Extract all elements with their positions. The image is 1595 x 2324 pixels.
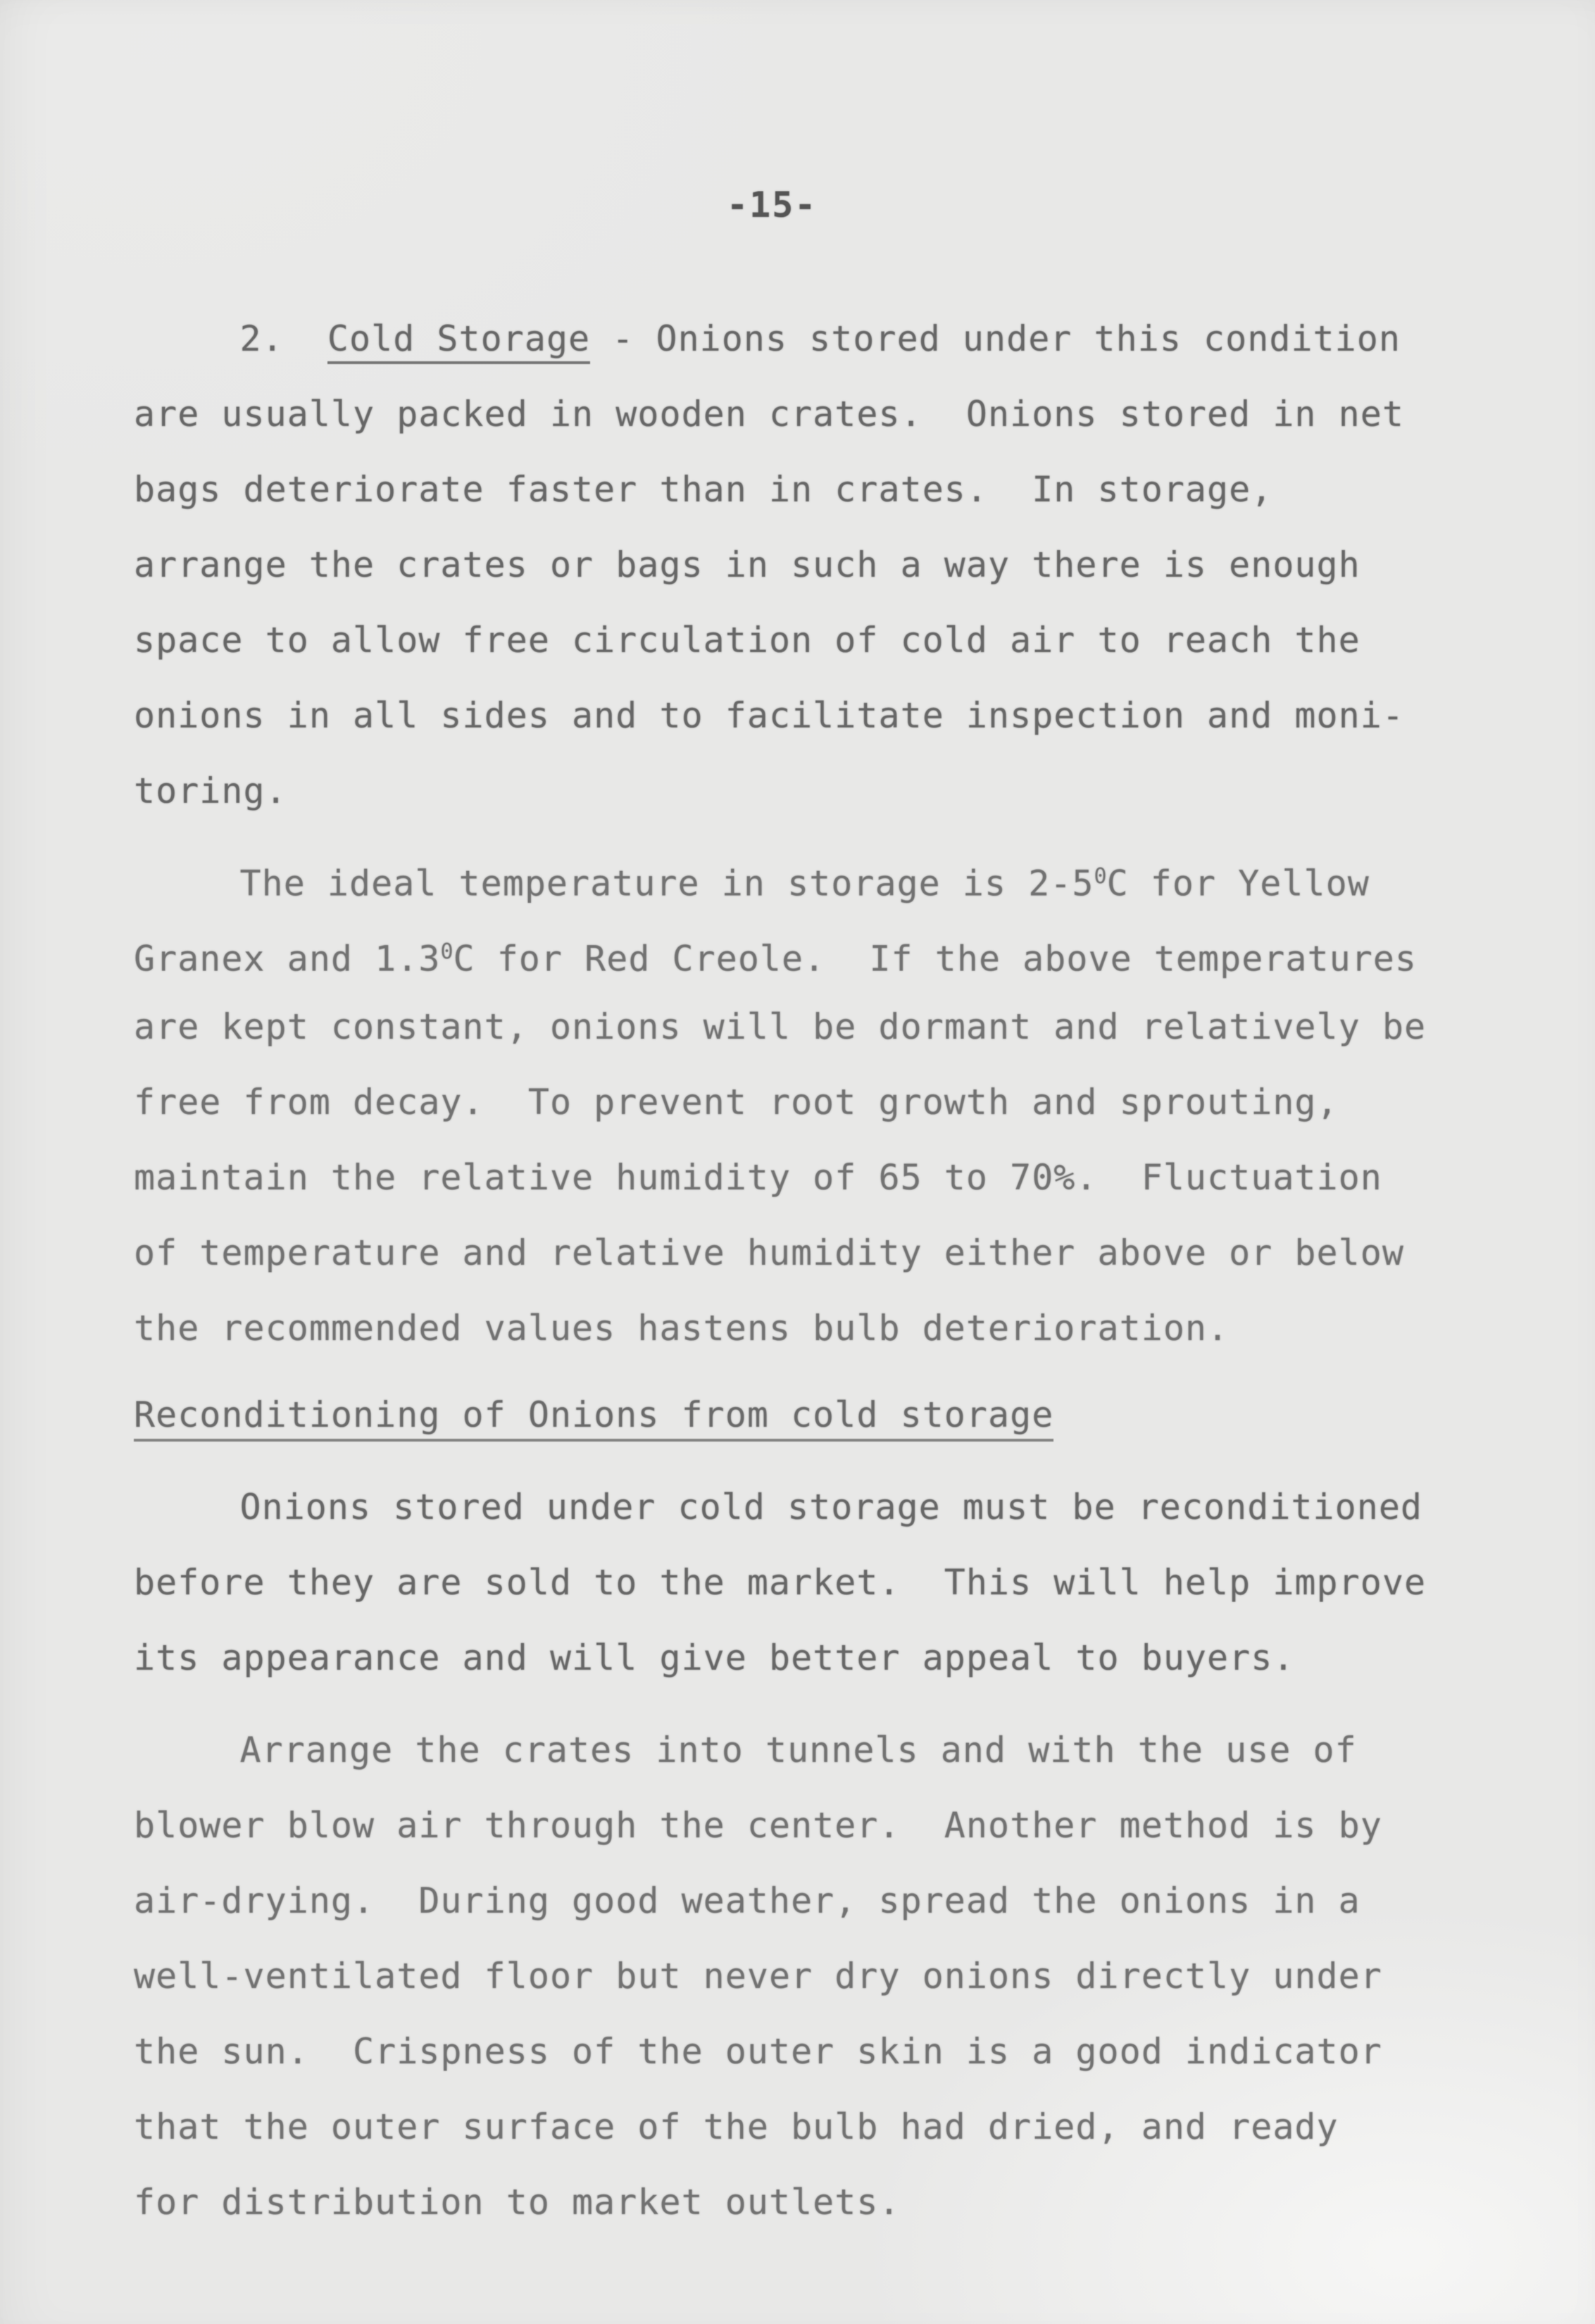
text-line: are kept constant, onions will be dorman… xyxy=(134,989,1493,1065)
text-line: 2. Cold Storage - Onions stored under th… xyxy=(134,301,1493,377)
text-line: are usually packed in wooden crates. Oni… xyxy=(134,377,1493,452)
text-segment: The ideal temperature in storage is 2-5 xyxy=(240,863,1094,904)
text-line: Granex and 1.30C for Red Creole. If the … xyxy=(134,914,1493,989)
section-heading-reconditioning: Reconditioning of Onions from cold stora… xyxy=(134,1377,1493,1453)
list-item-number: 2. xyxy=(240,318,327,359)
paragraph-ideal-temperature: The ideal temperature in storage is 2-50… xyxy=(134,839,1493,1366)
text-line: free from decay. To prevent root growth … xyxy=(134,1065,1493,1140)
text-segment: C for Red Creole. If the above temperatu… xyxy=(454,939,1418,980)
text-line: onions in all sides and to facilitate in… xyxy=(134,678,1493,754)
text-line: that the outer surface of the bulb had d… xyxy=(134,2089,1493,2165)
superscript-degree: 0 xyxy=(440,939,453,964)
text-line: for distribution to market outlets. xyxy=(134,2165,1493,2240)
text-line: Onions stored under cold storage must be… xyxy=(134,1470,1493,1545)
document-body: 2. Cold Storage - Onions stored under th… xyxy=(134,301,1493,2240)
text-line: arrange the crates or bags in such a way… xyxy=(134,527,1493,603)
text-line: Arrange the crates into tunnels and with… xyxy=(134,1713,1493,1788)
paragraph-reconditioning-intro: Onions stored under cold storage must be… xyxy=(134,1470,1493,1696)
text-line: bags deteriorate faster than in crates. … xyxy=(134,452,1493,527)
text-segment: C for Yellow xyxy=(1107,863,1370,904)
text-line: the recommended values hastens bulb dete… xyxy=(134,1291,1493,1366)
text-line: air-drying. During good weather, spread … xyxy=(134,1863,1493,1939)
superscript-degree: 0 xyxy=(1094,864,1107,889)
text-segment: Granex and 1.3 xyxy=(134,939,440,980)
text-line: its appearance and will give better appe… xyxy=(134,1620,1493,1696)
text-line: space to allow free circulation of cold … xyxy=(134,603,1493,678)
text-line: The ideal temperature in storage is 2-50… xyxy=(134,839,1493,914)
text-line: blower blow air through the center. Anot… xyxy=(134,1788,1493,1863)
page-number: -15- xyxy=(727,185,817,225)
text-line: before they are sold to the market. This… xyxy=(134,1545,1493,1620)
text-line: toring. xyxy=(134,754,1493,829)
underlined-term-cold-storage: Cold Storage xyxy=(327,318,590,364)
scanned-document-page: -15- 2. Cold Storage - Onions stored und… xyxy=(0,0,1595,2324)
paragraph-reconditioning-methods: Arrange the crates into tunnels and with… xyxy=(134,1713,1493,2240)
paragraph-cold-storage: 2. Cold Storage - Onions stored under th… xyxy=(134,301,1493,829)
text-segment: - Onions stored under this condition xyxy=(590,318,1401,359)
underlined-heading: Reconditioning of Onions from cold stora… xyxy=(134,1394,1053,1442)
text-line: maintain the relative humidity of 65 to … xyxy=(134,1140,1493,1216)
text-line: of temperature and relative humidity eit… xyxy=(134,1216,1493,1291)
text-line: well-ventilated floor but never dry onio… xyxy=(134,1939,1493,2014)
text-line: the sun. Crispness of the outer skin is … xyxy=(134,2014,1493,2089)
